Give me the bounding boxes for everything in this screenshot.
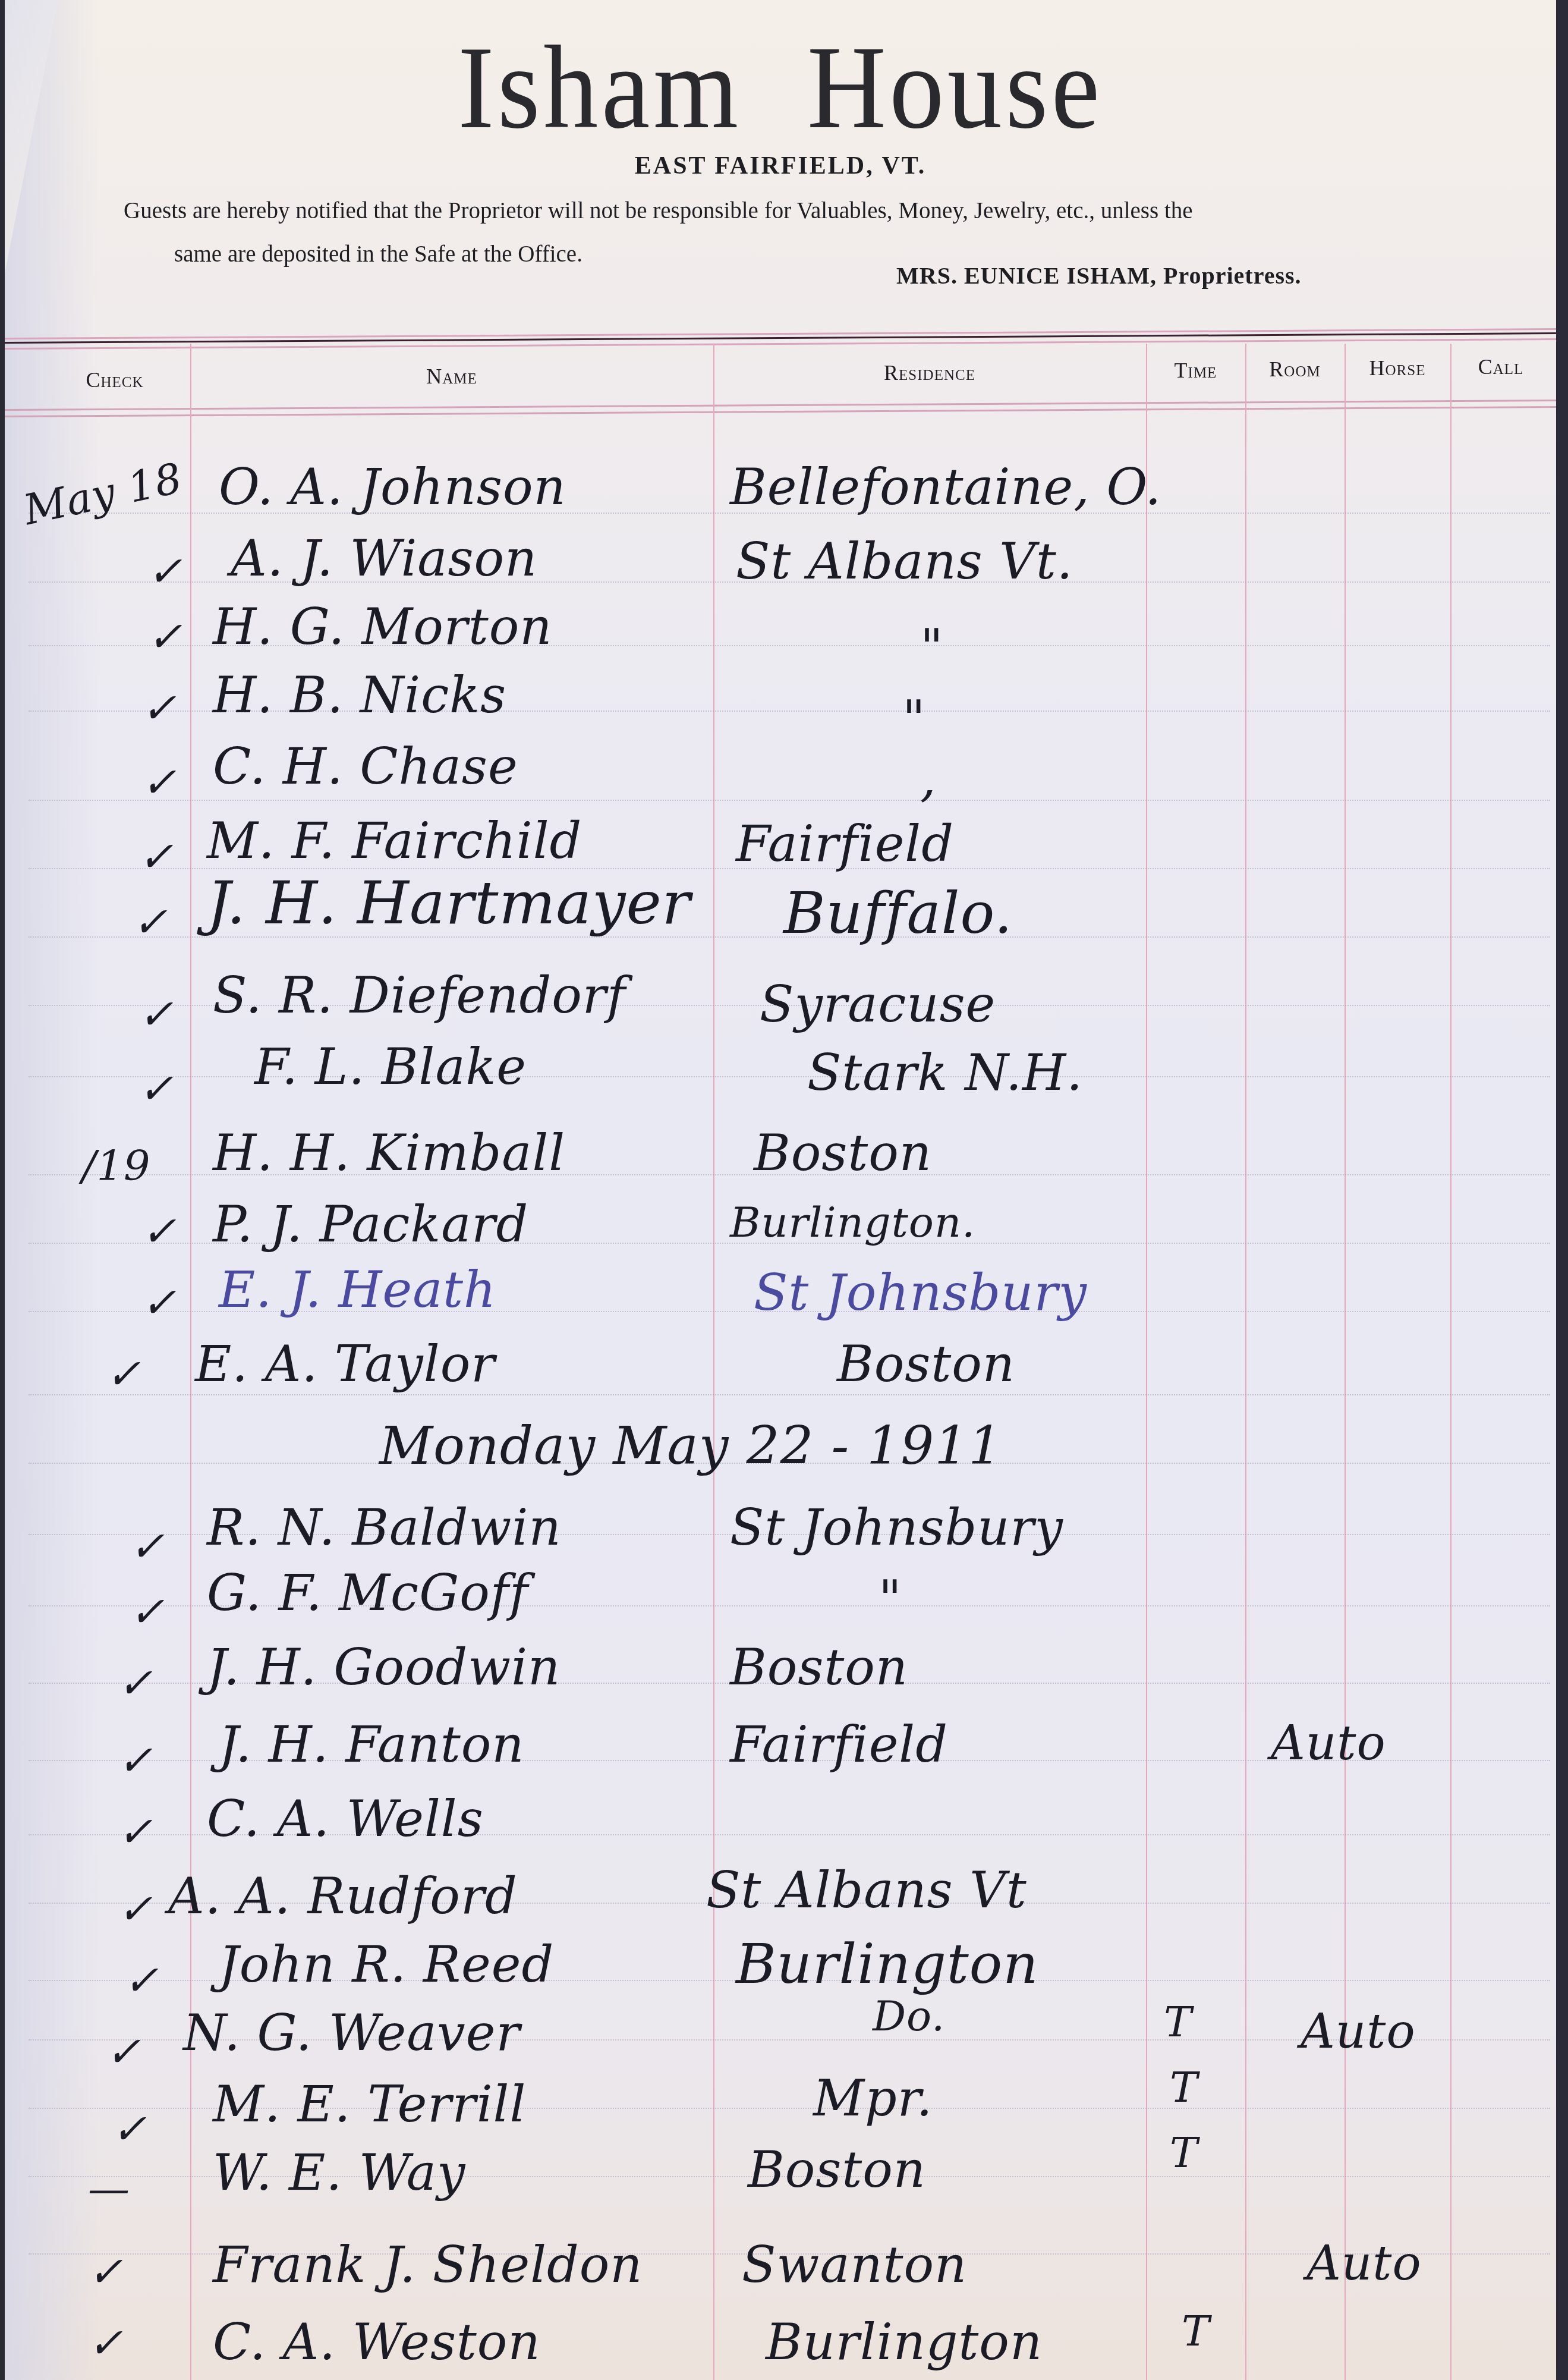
check-mark: ✓	[118, 1885, 153, 1933]
check-mark: ✓	[112, 2105, 147, 2153]
guest-residence: St Johnsbury	[754, 1263, 1087, 1322]
guest-residence: Burlington.	[730, 1198, 975, 1247]
guest-name: O. A. Johnson	[219, 458, 566, 516]
column-divider	[713, 344, 714, 2380]
register-page: IshamHouse EAST FAIRFIELD, VT. Guests ar…	[5, 0, 1556, 2380]
check-mark: ✓	[138, 832, 174, 881]
guest-residence: Mpr.	[813, 2069, 933, 2127]
guest-name: J. H. Hartmayer	[207, 868, 691, 938]
horse-value: Auto	[1301, 2004, 1416, 2059]
column-divider	[1450, 344, 1451, 2380]
date-line: Monday May 22 - 1911	[379, 1415, 1002, 1476]
guest-residence: Buffalo.	[783, 880, 1013, 947]
hotel-title: IshamHouse	[67, 29, 1494, 147]
guest-residence: Do.	[873, 1992, 945, 2041]
column-divider	[190, 344, 191, 2380]
check-mark: ✓	[141, 1278, 177, 1327]
column-header-room: Room	[1245, 357, 1345, 386]
guest-residence: "	[920, 618, 944, 677]
guest-name: H. G. Morton	[213, 598, 552, 656]
proprietress-label: MRS. EUNICE ISHAM, Proprietress.	[896, 262, 1302, 290]
page-fold	[5, 0, 58, 273]
guest-residence: Syracuse	[760, 975, 996, 1033]
time-value: T	[1164, 1998, 1192, 2046]
guest-name: W. E. Way	[213, 2143, 465, 2202]
ruled-line	[29, 800, 1550, 801]
check-mark: ✓	[138, 990, 174, 1039]
guest-name: F. L. Blake	[254, 1037, 527, 1096]
book-binding-edge	[1556, 0, 1568, 2380]
check-mark: ✓	[106, 2027, 141, 2076]
column-divider	[1345, 344, 1346, 2380]
guest-name: J. H. Fanton	[219, 1715, 524, 1774]
guest-residence: "	[879, 1570, 902, 1628]
check-mark: ✓	[138, 1064, 174, 1113]
column-header-time: Time	[1146, 358, 1245, 388]
guest-name: R. N. Baldwin	[207, 1498, 562, 1557]
column-header-horse: Horse	[1345, 356, 1450, 385]
check-mark: —	[88, 2164, 130, 2213]
guest-name: M. E. Terrill	[213, 2075, 526, 2133]
guest-name: J. H. Goodwin	[207, 1638, 561, 1696]
column-header-name: Name	[190, 364, 713, 394]
guest-name: C. A. Weston	[213, 2313, 540, 2371]
column-header-check: Check	[40, 367, 189, 397]
time-value: T	[1182, 2307, 1210, 2356]
guest-name: S. R. Diefendorf	[213, 966, 626, 1024]
guest-residence: Boston	[837, 1335, 1015, 1393]
guest-residence: St Johnsbury	[730, 1498, 1063, 1557]
check-mark: ✓	[141, 758, 177, 807]
check-mark: ✓	[133, 898, 168, 947]
time-value: T	[1170, 2129, 1198, 2177]
guest-name: H. B. Nicks	[213, 666, 506, 724]
guest-residence: Fairfield	[736, 815, 954, 873]
guest-name: A. J. Wiason	[231, 529, 537, 587]
check-mark: ✓	[118, 1736, 153, 1785]
check-mark: ✓	[106, 1350, 141, 1398]
guest-name: E. A. Taylor	[195, 1335, 495, 1393]
time-value: T	[1170, 2063, 1198, 2112]
guest-name: C. H. Chase	[213, 737, 518, 796]
horse-value: Auto	[1306, 2236, 1422, 2291]
check-mark: ✓	[130, 1522, 165, 1571]
guest-residence: Boston	[730, 1638, 908, 1696]
check-mark: ✓	[141, 684, 177, 732]
column-header-call: Call	[1450, 354, 1551, 384]
notice-line-2: same are deposited in the Safe at the Of…	[174, 241, 583, 268]
check-mark: ✓	[88, 2247, 124, 2296]
guest-residence: Burlington	[766, 2313, 1043, 2371]
check-mark: ✓	[118, 1659, 153, 1708]
check-mark: ✓	[130, 1587, 165, 1636]
check-mark: ✓	[141, 1207, 177, 1256]
check-mark: ✓	[124, 1956, 159, 2005]
horse-value: Auto	[1271, 1715, 1386, 1771]
title-house: House	[807, 22, 1103, 153]
check-mark: ✓	[147, 547, 183, 596]
title-isham: Isham	[458, 22, 741, 153]
guest-residence: Swanton	[742, 2236, 967, 2294]
guest-name: G. F. McGoff	[207, 1564, 528, 1622]
column-header-residence: Residence	[713, 360, 1146, 390]
guest-name: N. G. Weaver	[183, 2004, 521, 2062]
guest-residence: "	[902, 690, 926, 748]
column-divider	[1245, 344, 1246, 2380]
guest-name: E. J. Heath	[219, 1260, 496, 1319]
guest-residence: Bellefontaine, O.	[730, 458, 1161, 516]
guest-residence: Burlington	[736, 1932, 1038, 1996]
guest-residence: ,	[920, 749, 937, 807]
guest-name: P. J. Packard	[213, 1195, 528, 1253]
check-mark: ✓	[88, 2319, 124, 2368]
guest-residence: Fairfield	[730, 1715, 948, 1774]
notice-line-1: Guests are hereby notified that the Prop…	[124, 196, 1467, 227]
guest-residence: Stark N.H.	[807, 1043, 1083, 1102]
guest-name: C. A. Wells	[207, 1790, 484, 1848]
guest-name: H. H. Kimball	[213, 1124, 565, 1182]
guest-name: Frank J. Sheldon	[213, 2236, 643, 2294]
header-bottom-rule	[5, 400, 1556, 417]
guest-residence: St Albans Vt.	[736, 532, 1073, 590]
guest-residence: St Albans Vt	[706, 1861, 1027, 1919]
guest-name: John R. Reed	[219, 1935, 554, 1994]
check-mark: ✓	[118, 1807, 153, 1856]
column-divider	[1146, 344, 1147, 2380]
guest-residence: Boston	[754, 1124, 932, 1182]
guest-name: M. F. Fairchild	[207, 812, 582, 870]
header-top-rule	[5, 328, 1556, 350]
check-mark: /19	[82, 1142, 151, 1190]
guest-name: A. A. Rudford	[168, 1867, 518, 1925]
guest-residence: Boston	[748, 2140, 926, 2199]
ruled-line	[29, 1394, 1550, 1396]
check-mark: May 18	[19, 454, 186, 535]
hotel-location: EAST FAIRFIELD, VT.	[5, 152, 1556, 180]
check-mark: ✓	[147, 612, 183, 661]
